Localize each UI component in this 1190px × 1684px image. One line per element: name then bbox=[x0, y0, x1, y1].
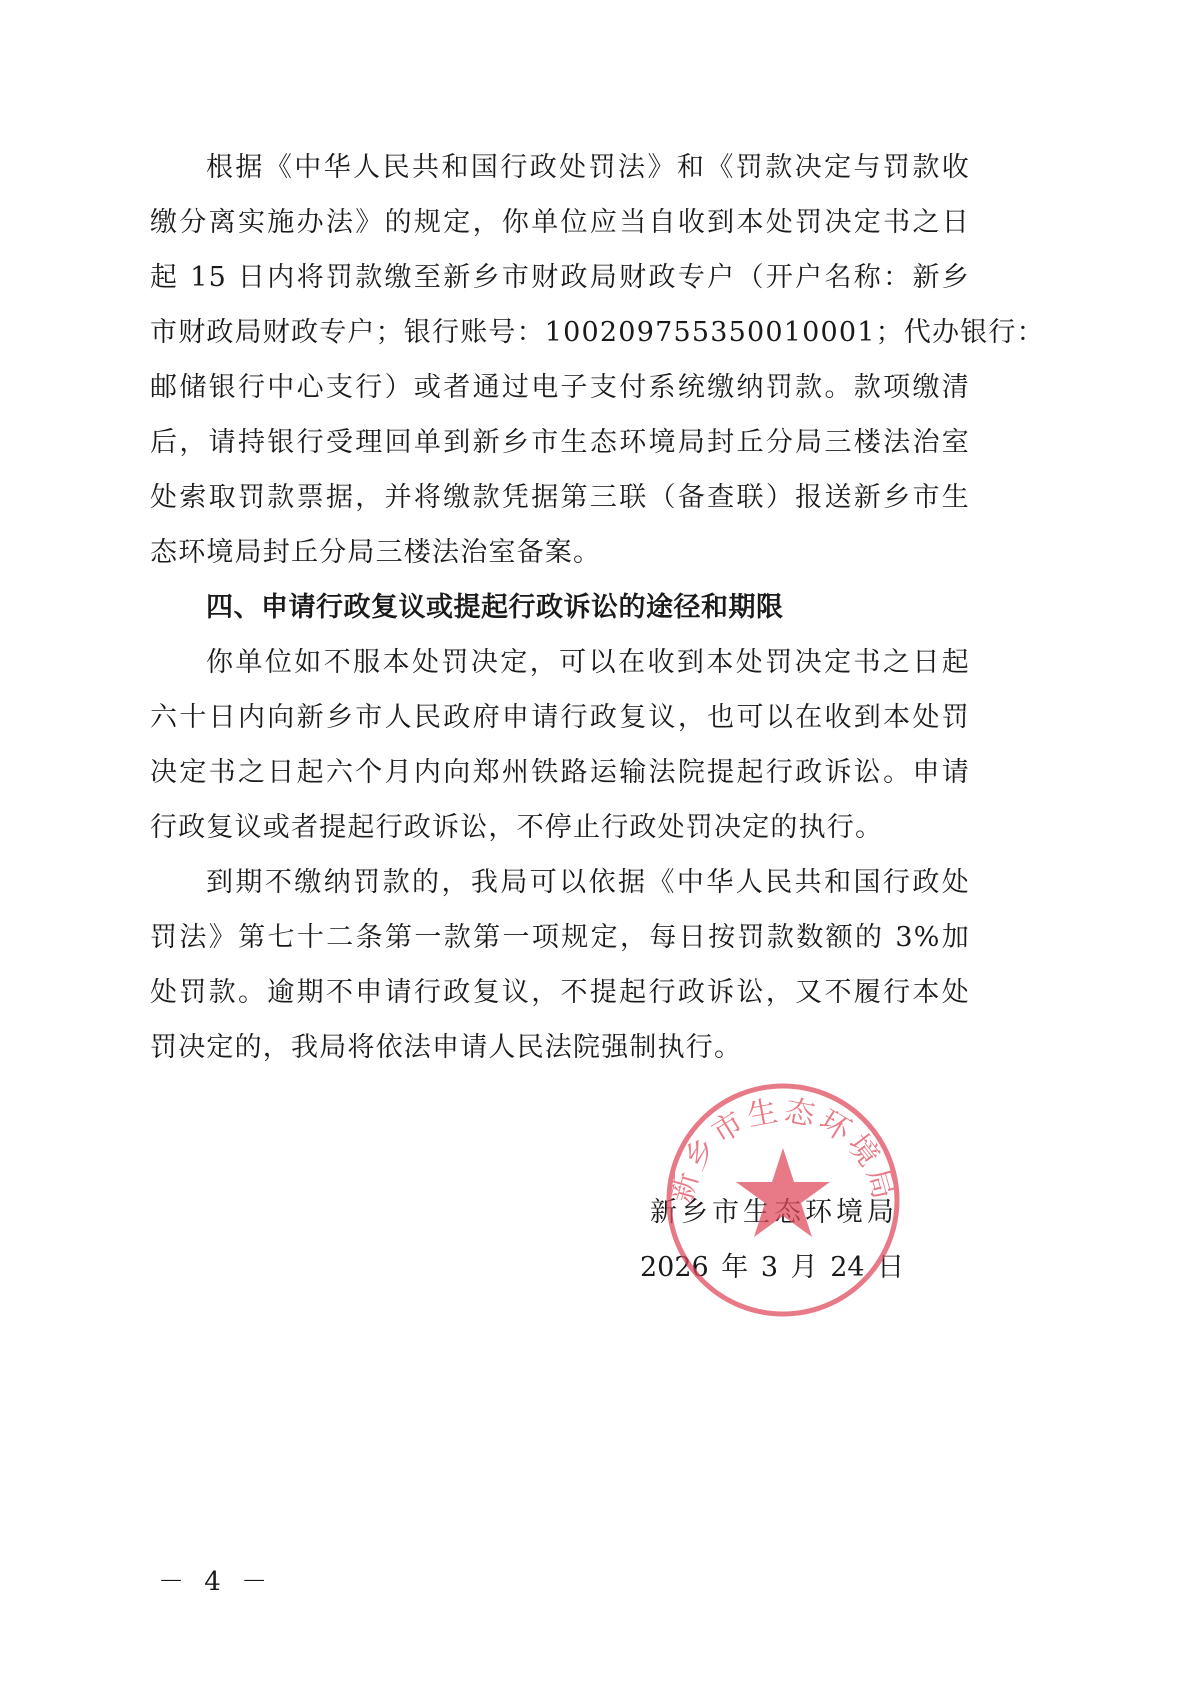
text-line: 行政复议或者提起行政诉讼，不停止行政处罚决定的执行。 bbox=[150, 800, 970, 855]
page-number: － 4 － bbox=[158, 1562, 267, 1602]
text-line: 起 15 日内将罚款缴至新乡市财政局财政专户（开户名称：新乡 bbox=[150, 250, 970, 305]
text-line: 处罚款。逾期不申请行政复议，不提起行政诉讼，又不履行本处 bbox=[150, 965, 970, 1020]
document-page: 根据《中华人民共和国行政处罚法》和《罚款决定与罚款收 缴分离实施办法》的规定，你… bbox=[0, 0, 1190, 1684]
text-line: 罚法》第七十二条第一款第一项规定，每日按罚款数额的 3%加 bbox=[150, 910, 970, 965]
paragraph-appeal-rights: 你单位如不服本处罚决定，可以在收到本处罚决定书之日起 六十日内向新乡市人民政府申… bbox=[150, 635, 970, 855]
text-line: 决定书之日起六个月内向郑州铁路运输法院提起行政诉讼。申请 bbox=[150, 745, 970, 800]
text-line: 后，请持银行受理回单到新乡市生态环境局封丘分局三楼法治室 bbox=[150, 415, 970, 470]
signature-organization: 新乡市生态环境局 bbox=[650, 1185, 898, 1240]
text-line: 处索取罚款票据，并将缴款凭据第三联（备查联）报送新乡市生 bbox=[150, 470, 970, 525]
text-line: 邮储银行中心支行）或者通过电子支付系统缴纳罚款。款项缴清 bbox=[150, 360, 970, 415]
section-heading: 四、申请行政复议或提起行政诉讼的途径和期限 bbox=[150, 580, 970, 635]
text-line: 六十日内向新乡市人民政府申请行政复议，也可以在收到本处罚 bbox=[150, 690, 970, 745]
paragraph-late-payment: 到期不缴纳罚款的，我局可以依据《中华人民共和国行政处 罚法》第七十二条第一款第一… bbox=[150, 855, 970, 1075]
text-line: 你单位如不服本处罚决定，可以在收到本处罚决定书之日起 bbox=[150, 635, 970, 690]
paragraph-payment-instructions: 根据《中华人民共和国行政处罚法》和《罚款决定与罚款收 缴分离实施办法》的规定，你… bbox=[150, 140, 970, 580]
text-line: 根据《中华人民共和国行政处罚法》和《罚款决定与罚款收 bbox=[150, 140, 970, 195]
text-line: 罚决定的，我局将依法申请人民法院强制执行。 bbox=[150, 1020, 970, 1075]
signature-date: 2026 年 3 月 24 日 bbox=[640, 1240, 904, 1295]
text-line: 缴分离实施办法》的规定，你单位应当自收到本处罚决定书之日 bbox=[150, 195, 970, 250]
document-body: 根据《中华人民共和国行政处罚法》和《罚款决定与罚款收 缴分离实施办法》的规定，你… bbox=[150, 140, 970, 1075]
text-line: 态环境局封丘分局三楼法治室备案。 bbox=[150, 525, 970, 580]
text-line: 市财政局财政专户；银行账号：100209755350010001；代办银行： bbox=[150, 305, 970, 360]
text-line: 到期不缴纳罚款的，我局可以依据《中华人民共和国行政处 bbox=[150, 855, 970, 910]
